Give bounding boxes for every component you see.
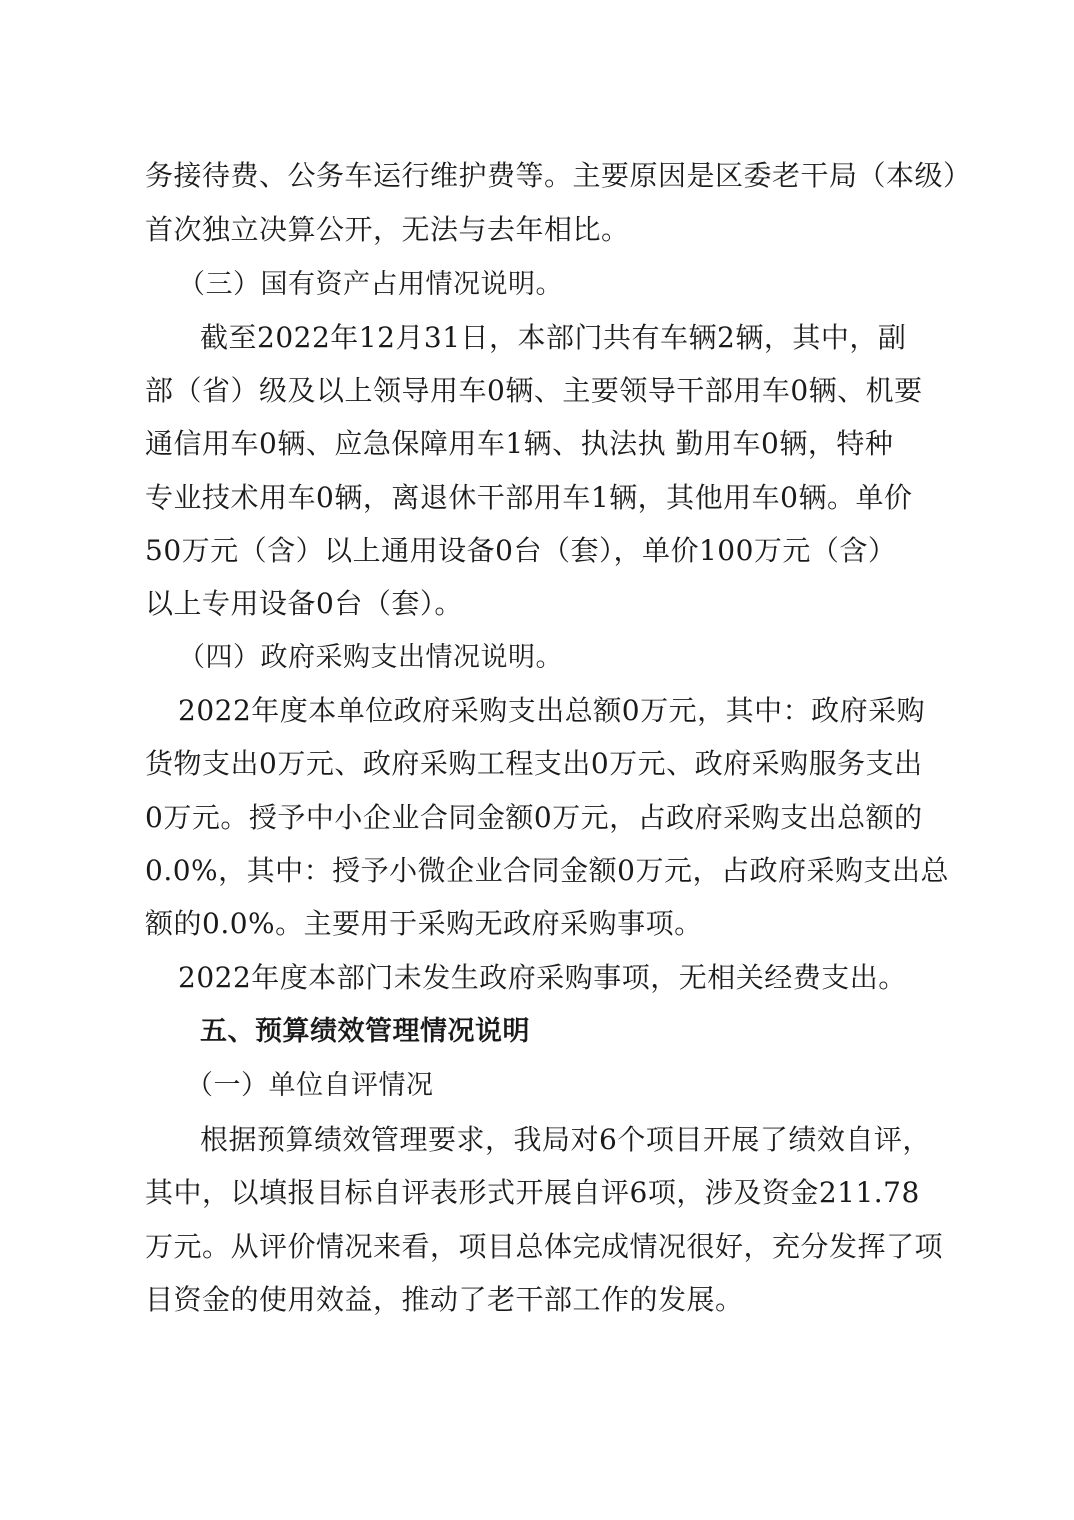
paragraph-line: 务接待费、公务车运行维护费等。主要原因是区委老干局（本级） bbox=[145, 156, 972, 196]
document-page: 务接待费、公务车运行维护费等。主要原因是区委老干局（本级） 首次独立决算公开，无… bbox=[0, 0, 1074, 1520]
paragraph-line: 根据预算绩效管理要求，我局对6个项目开展了绩效自评， bbox=[200, 1120, 931, 1160]
paragraph-line: 50万元（含）以上通用设备0台（套），单价100万元（含） bbox=[145, 531, 896, 571]
paragraph-line: 万元。从评价情况来看，项目总体完成情况很好，充分发挥了项 bbox=[145, 1227, 943, 1267]
paragraph-line: 货物支出0万元、政府采购工程支出0万元、政府采购服务支出 bbox=[145, 744, 923, 784]
paragraph-line: 目资金的使用效益，推动了老干部工作的发展。 bbox=[145, 1280, 744, 1320]
section-subheading-procurement: （四）政府采购支出情况说明。 bbox=[178, 638, 563, 678]
section-subheading-self-evaluation: （一）单位自评情况 bbox=[186, 1066, 434, 1106]
paragraph-line: 其中，以填报目标自评表形式开展自评6项，涉及资金211.78 bbox=[145, 1173, 920, 1213]
paragraph-line: 2022年度本部门未发生政府采购事项，无相关经费支出。 bbox=[178, 958, 907, 998]
paragraph-line: 额的0.0%。主要用于采购无政府采购事项。 bbox=[145, 904, 703, 944]
paragraph-line: 通信用车0辆、应急保障用车1辆、执法执 勤用车0辆，特种 bbox=[145, 424, 893, 464]
paragraph-line: 2022年度本单位政府采购支出总额0万元，其中：政府采购 bbox=[178, 691, 925, 731]
section-subheading-assets: （三）国有资产占用情况说明。 bbox=[178, 265, 563, 305]
paragraph-line: 以上专用设备0台（套）。 bbox=[145, 584, 463, 624]
paragraph-line: 0万元。授予中小企业合同金额0万元，占政府采购支出总额的 bbox=[145, 798, 923, 838]
paragraph-line: 截至2022年12月31日，本部门共有车辆2辆，其中，副 bbox=[200, 318, 906, 358]
paragraph-line: 专业技术用车0辆，离退休干部用车1辆，其他用车0辆。单价 bbox=[145, 478, 912, 518]
paragraph-line: 部（省）级及以上领导用车0辆、主要领导干部用车0辆、机要 bbox=[145, 371, 923, 411]
section-heading-performance: 五、预算绩效管理情况说明 bbox=[200, 1012, 530, 1052]
paragraph-line: 首次独立决算公开，无法与去年相比。 bbox=[145, 210, 630, 250]
paragraph-line: 0.0%，其中：授予小微企业合同金额0万元，占政府采购支出总 bbox=[145, 851, 949, 891]
